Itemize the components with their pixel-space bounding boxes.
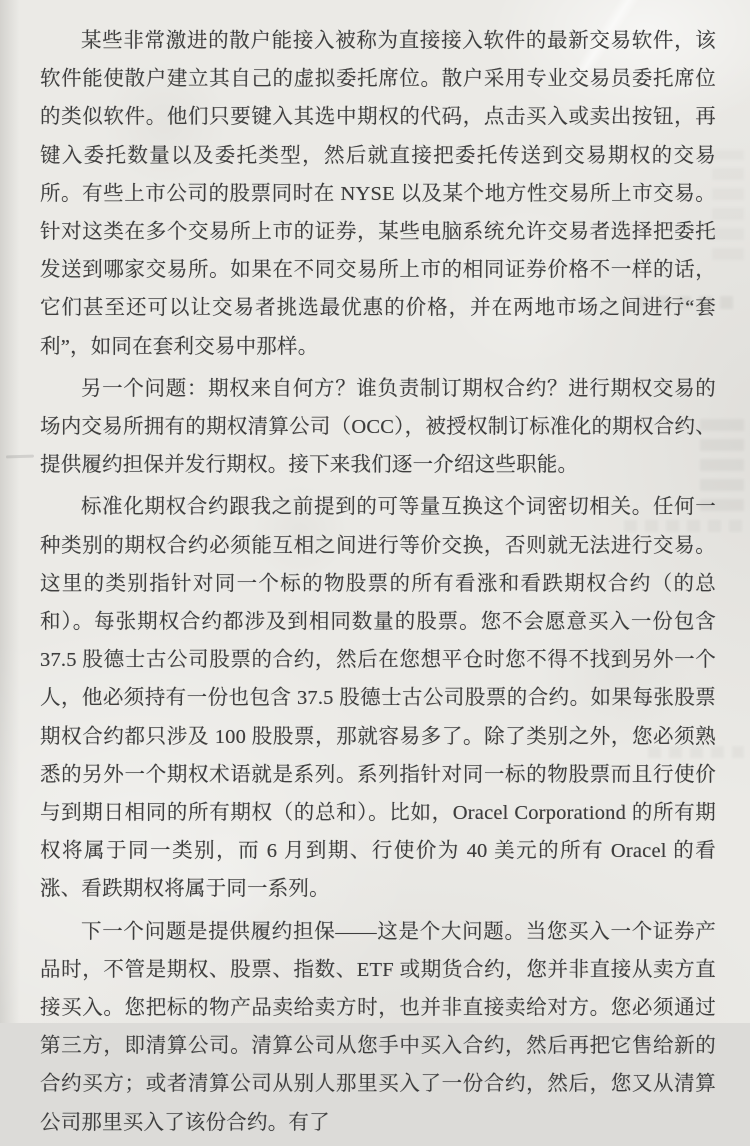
paragraph: 下一个问题是提供履约担保——这是个大问题。当您买入一个证券产品时，不管是期权、股… — [40, 913, 716, 1023]
paragraph: 标准化期权合约跟我之前提到的可等量互换这个词密切相关。任何一种类别的期权合约必须… — [40, 488, 716, 908]
pencil-mark-artifact — [6, 455, 34, 459]
text-block: 某些非常激进的散户能接入被称为直接接入软件的最新交易软件，该软件能使散户建立其自… — [40, 22, 716, 1023]
paragraph: 某些非常激进的散户能接入被称为直接接入软件的最新交易软件，该软件能使散户建立其自… — [40, 22, 716, 366]
scanned-page: 某些非常激进的散户能接入被称为直接接入软件的最新交易软件，该软件能使散户建立其自… — [0, 0, 750, 1023]
showthrough-artifact — [712, 150, 744, 260]
paragraph: 另一个问题：期权来自何方？谁负责制订期权合约？进行期权交易的场内交易所拥有的期权… — [40, 370, 716, 485]
